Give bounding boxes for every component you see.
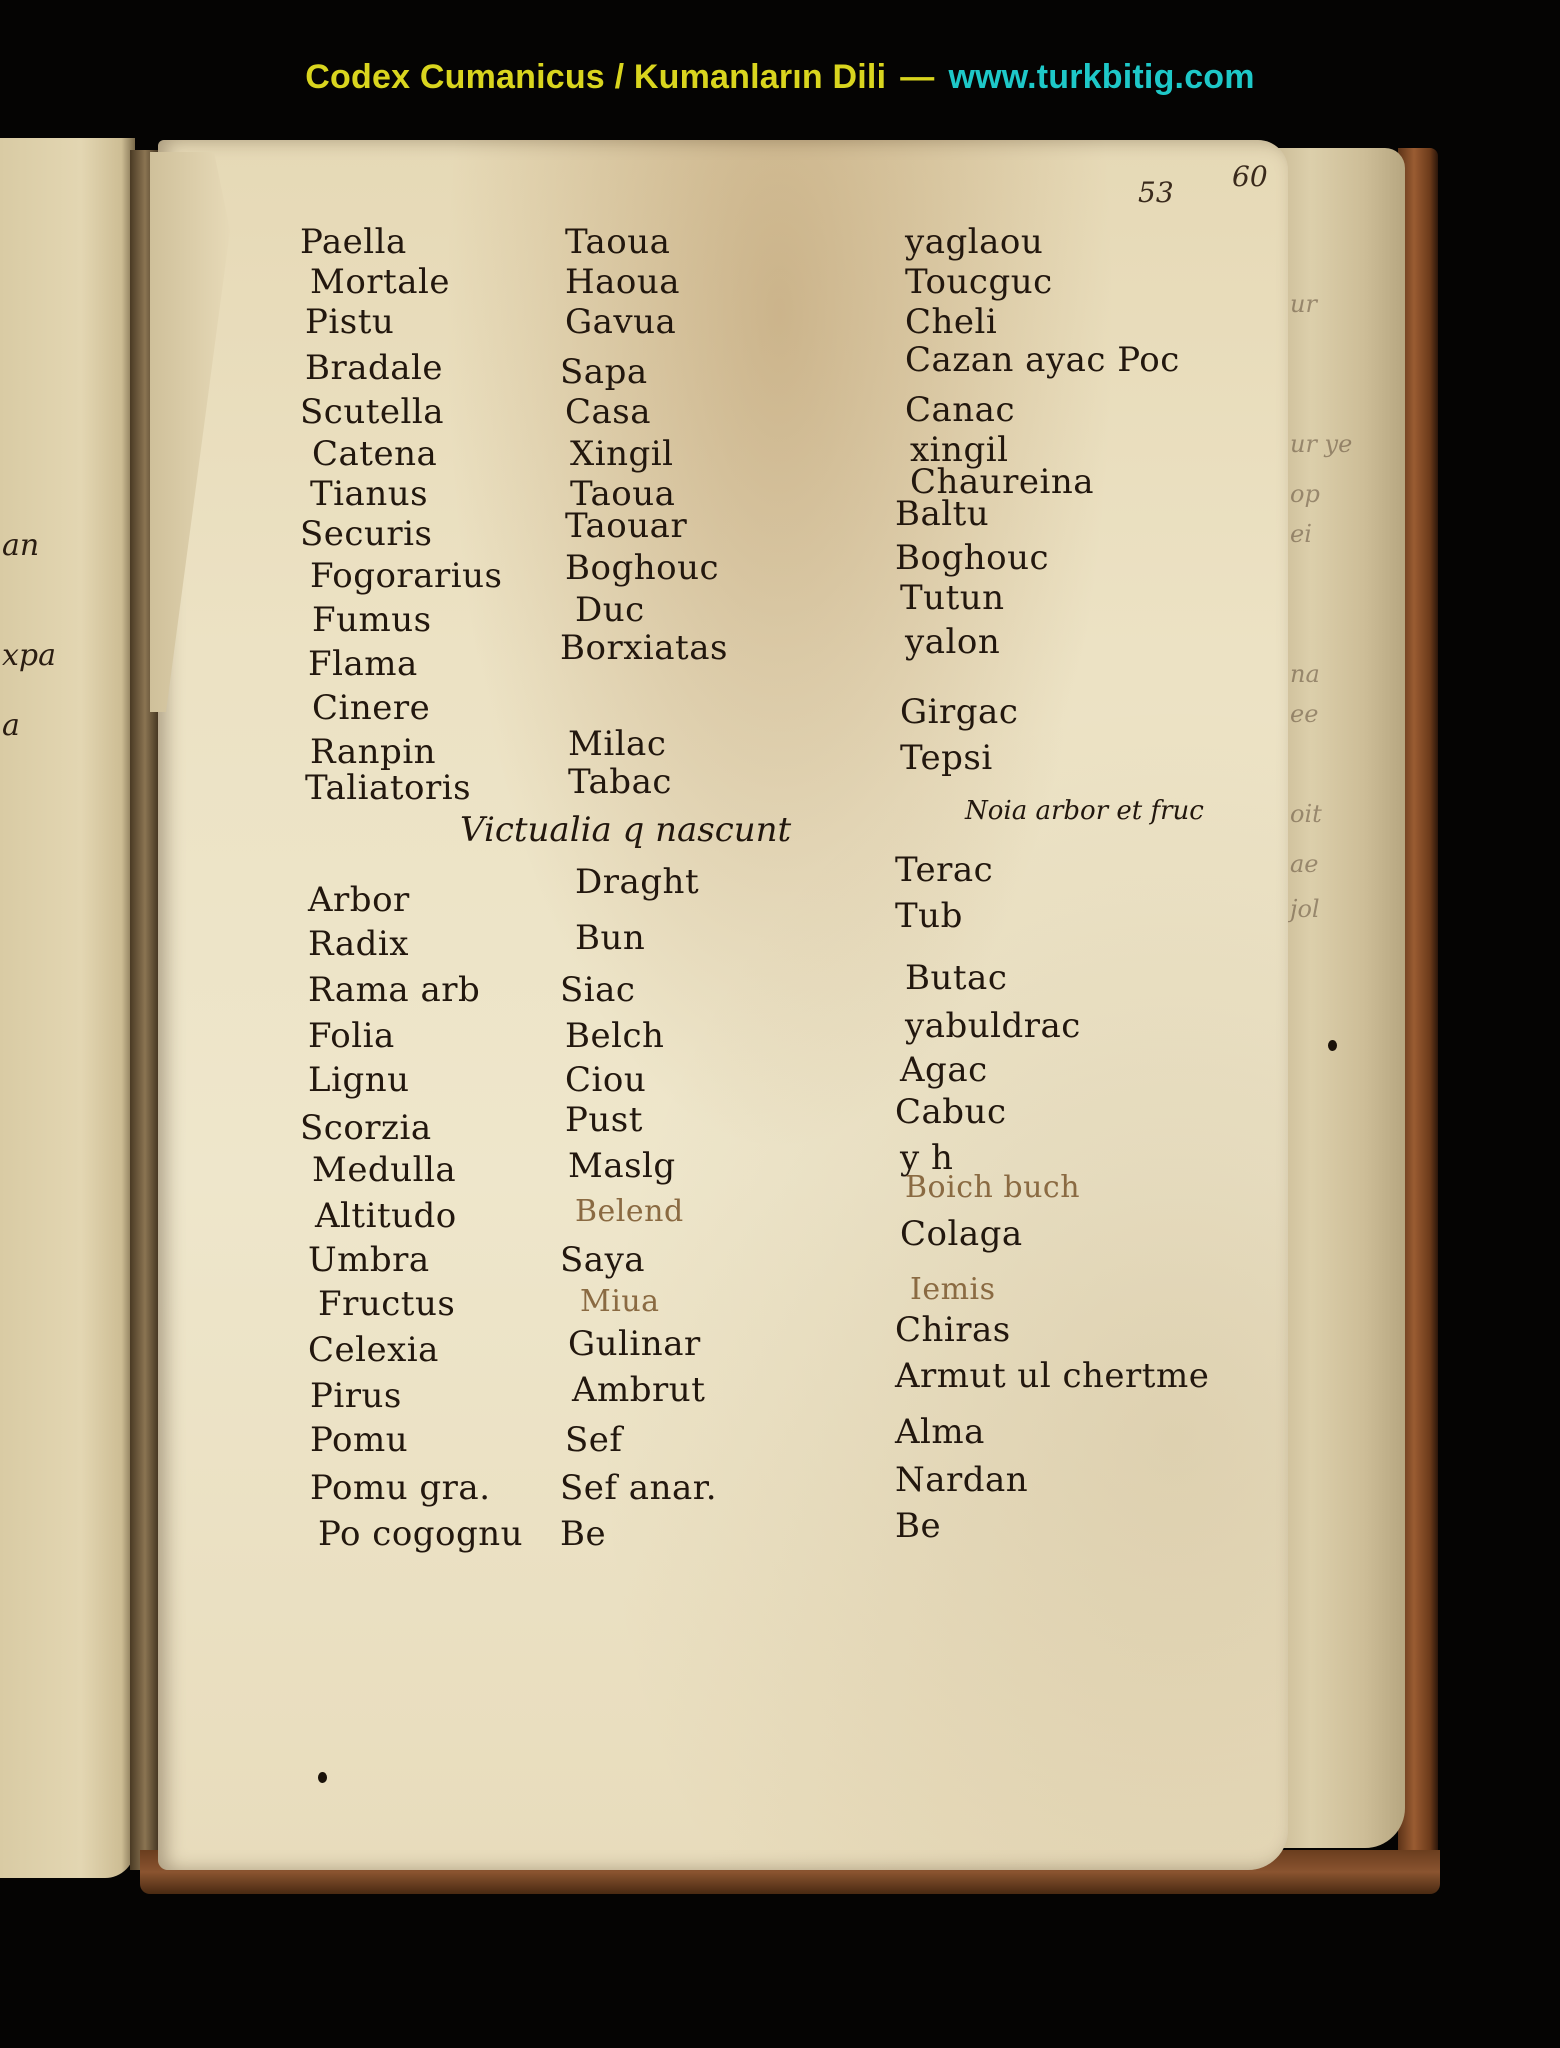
latin-word: Celexia [308, 1330, 439, 1370]
latin-word: Scutella [300, 392, 444, 432]
latin-word: Bradale [305, 348, 443, 388]
latin-word: Ranpin [310, 732, 436, 772]
left-fragment: a [2, 708, 20, 743]
page-edges [1270, 148, 1405, 1848]
persian-word: Xingil [570, 434, 674, 474]
edge-bleed-text: op [1290, 480, 1320, 508]
cuman-word: yabuldrac [905, 1006, 1081, 1046]
latin-word: Pistu [305, 302, 394, 342]
left-page: an xpa a [0, 138, 135, 1878]
edge-bleed-text: oit [1290, 800, 1322, 828]
latin-word: Fogorarius [310, 556, 502, 596]
cuman-word: yaglaou [905, 222, 1043, 262]
latin-word: Scorzia [300, 1108, 432, 1148]
persian-word: Siac [560, 970, 635, 1010]
persian-word: Ciou [565, 1060, 646, 1100]
section-heading: Victualia q nascunt [460, 810, 791, 850]
latin-word: Arbor [308, 880, 410, 920]
banner-dash: — [900, 58, 934, 96]
latin-word: Flama [308, 644, 418, 684]
cuman-word: Girgac [900, 692, 1018, 732]
latin-word: Cinere [312, 688, 430, 728]
latin-word: Pomu gra. [310, 1468, 491, 1508]
banner-title: Codex Cumanicus / Kumanların Dili [305, 58, 886, 96]
latin-word: Mortale [310, 262, 450, 302]
persian-word: Sapa [560, 352, 648, 392]
cuman-word: Cheli [905, 302, 997, 342]
persian-word: Casa [565, 392, 651, 432]
persian-word: Taouar [565, 506, 687, 546]
persian-word: Borxiatas [560, 628, 728, 668]
cuman-word: yalon [905, 622, 1000, 662]
cuman-word: Boghouc [895, 538, 1049, 578]
latin-word: Tianus [310, 474, 428, 514]
cuman-word: Armut ul chertme [895, 1356, 1209, 1396]
cuman-word: Terac [895, 850, 993, 890]
latin-word: Radix [308, 924, 409, 964]
edge-bleed-text: ei [1290, 520, 1312, 548]
latin-word: Securis [300, 514, 432, 554]
latin-word: Pirus [310, 1376, 402, 1416]
cuman-word: Cazan ayac Poc [905, 340, 1180, 380]
persian-word: Duc [575, 590, 645, 630]
edge-bleed-text: ee [1290, 700, 1318, 728]
cuman-word: Iemis [910, 1272, 996, 1307]
cuman-word: Be [895, 1506, 941, 1546]
persian-word: Gulinar [568, 1324, 701, 1364]
persian-word: Ambrut [572, 1370, 705, 1410]
edge-bleed-text: ur [1290, 290, 1317, 318]
latin-word: Fructus [318, 1284, 455, 1324]
persian-word: Milac [568, 724, 666, 764]
persian-word: Be [560, 1514, 606, 1554]
cuman-word: Alma [895, 1412, 985, 1452]
page-number-new: 60 [1232, 160, 1268, 193]
latin-word: Catena [312, 434, 437, 474]
persian-word: Boghouc [565, 548, 719, 588]
persian-word: Haoua [565, 262, 680, 302]
persian-word: Maslg [568, 1146, 676, 1186]
ink-dot [318, 1772, 327, 1783]
latin-word: Lignu [308, 1060, 410, 1100]
persian-word: Draght [575, 862, 699, 902]
latin-word: Pomu [310, 1420, 408, 1460]
cuman-word: Tub [895, 896, 963, 936]
banner-url: www.turkbitig.com [948, 58, 1254, 96]
persian-word: Taoua [565, 222, 670, 262]
left-fragment: xpa [2, 638, 56, 673]
cuman-word: Tutun [900, 578, 1005, 618]
cuman-word: Nardan [895, 1460, 1028, 1500]
cuman-word: Butac [905, 958, 1007, 998]
latin-word: Taliatoris [305, 768, 471, 808]
ink-dot [1328, 1040, 1337, 1051]
persian-word: Saya [560, 1240, 645, 1280]
cuman-word: Canac [905, 390, 1015, 430]
latin-word: Umbra [308, 1240, 430, 1280]
persian-word: Gavua [565, 302, 676, 342]
cuman-word: Chiras [895, 1310, 1011, 1350]
persian-word: Bun [575, 918, 645, 958]
persian-word: Pust [565, 1100, 643, 1140]
cuman-word: Toucguc [905, 262, 1053, 302]
latin-word: Folia [308, 1016, 395, 1056]
cuman-word: Colaga [900, 1214, 1023, 1254]
persian-word: Sef anar. [560, 1468, 717, 1508]
latin-word: Po cogognu [318, 1514, 523, 1554]
persian-word: Belch [565, 1016, 664, 1056]
edge-bleed-text: ur ye [1290, 430, 1352, 458]
latin-word: Altitudo [315, 1196, 457, 1236]
page-number-old: 53 [1138, 176, 1174, 209]
cuman-word: Cabuc [895, 1092, 1007, 1132]
latin-word: Fumus [312, 600, 432, 640]
persian-word: Tabac [568, 762, 672, 802]
latin-word: Medulla [312, 1150, 456, 1190]
edge-bleed-text: ae [1290, 850, 1319, 878]
persian-word: Sef [565, 1420, 623, 1460]
persian-word: Belend [575, 1194, 684, 1229]
edge-bleed-text: jol [1290, 895, 1320, 923]
cuman-word: Agac [900, 1050, 988, 1090]
cuman-word: Tepsi [900, 738, 993, 778]
latin-word: Paella [300, 222, 407, 262]
edge-bleed-text: na [1290, 660, 1320, 688]
latin-word: Rama arb [308, 970, 480, 1010]
site-banner: Codex Cumanicus / Kumanların Dili—www.tu… [0, 58, 1560, 97]
cuman-word: Baltu [895, 494, 989, 534]
cuman-word: Boich buch [905, 1170, 1080, 1205]
left-fragment: an [2, 528, 39, 563]
section-heading-note: Noia arbor et fruc [965, 796, 1204, 826]
persian-word: Miua [580, 1284, 660, 1319]
